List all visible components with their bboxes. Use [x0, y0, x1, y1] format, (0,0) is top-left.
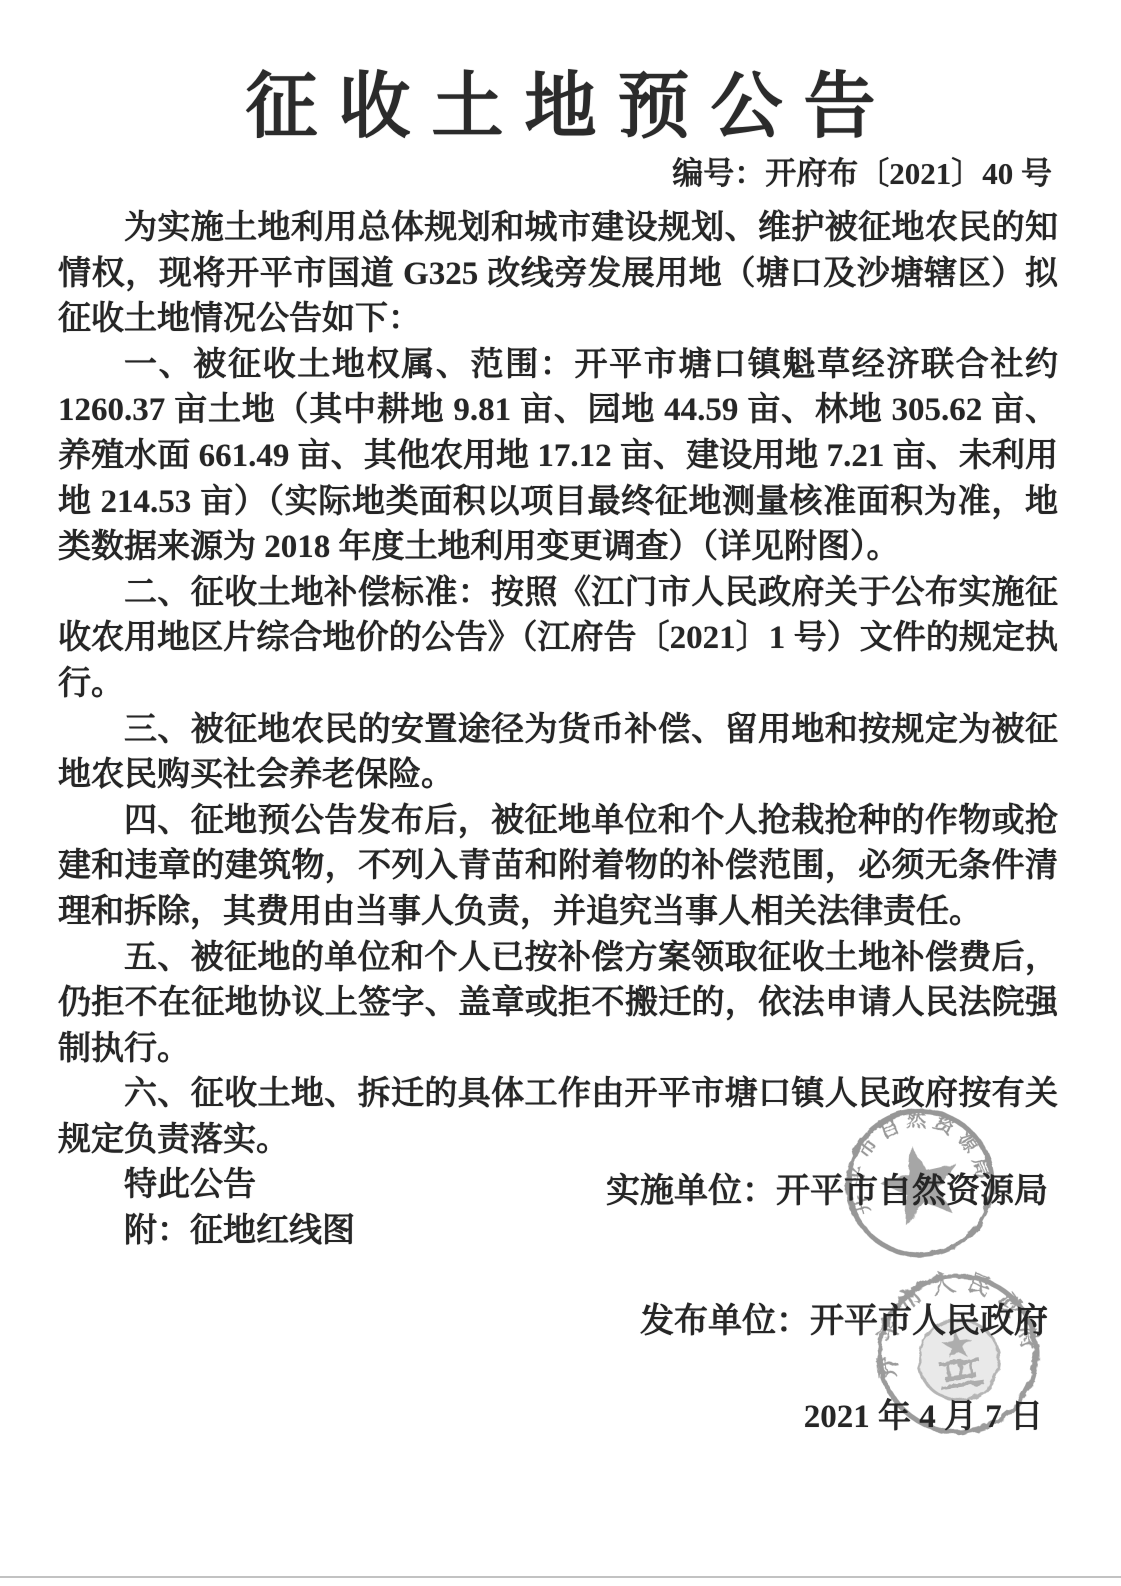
paragraph-item-1: 一、被征收土地权属、范围：开平市塘口镇魁草经济联合社约 1260.37 亩土地（… — [58, 343, 1058, 571]
paragraph-item-4: 四、征地预公告发布后，被征地单位和个人抢栽抢种的作物或抢建和违章的建筑物，不列入… — [58, 799, 1058, 936]
implementing-unit-line: 实施单位：开平市自然资源局 — [606, 1163, 1048, 1212]
issuing-unit-line: 发布单位：开平市人民政府 — [640, 1293, 1048, 1342]
page-title: 征收土地预公告 — [0, 48, 1121, 152]
attachment-line: 附：征地红线图 — [58, 1209, 1058, 1255]
paragraph-item-6: 六、征收土地、拆迁的具体工作由开平市塘口镇人民政府按有关规定负责落实。 — [58, 1072, 1058, 1163]
announcement-body: 为实施土地利用总体规划和城市建设规划、维护被征地农民的知情权，现将开平市国道 G… — [58, 206, 1058, 1255]
paragraph-item-3: 三、被征地农民的安置途径为货币补偿、留用地和按规定为被征地农民购买社会养老保险。 — [58, 708, 1058, 799]
paragraph-item-5: 五、被征地的单位和个人已按补偿方案领取征收土地补偿费后，仍拒不在征地协议上签字、… — [58, 936, 1058, 1073]
document-number: 编号：开府布〔2021〕40 号 — [672, 148, 1052, 193]
date-line: 2021 年 4 月 7 日 — [804, 1390, 1043, 1437]
announcement-document-page: 征收土地预公告 编号：开府布〔2021〕40 号 为实施土地利用总体规划和城市建… — [0, 0, 1121, 1586]
paragraph-intro: 为实施土地利用总体规划和城市建设规划、维护被征地农民的知情权，现将开平市国道 G… — [58, 206, 1058, 343]
paragraph-item-2: 二、征收土地补偿标准：按照《江门市人民政府关于公布实施征收农用地区片综合地价的公… — [58, 571, 1058, 708]
scan-edge-line — [0, 1576, 1121, 1578]
